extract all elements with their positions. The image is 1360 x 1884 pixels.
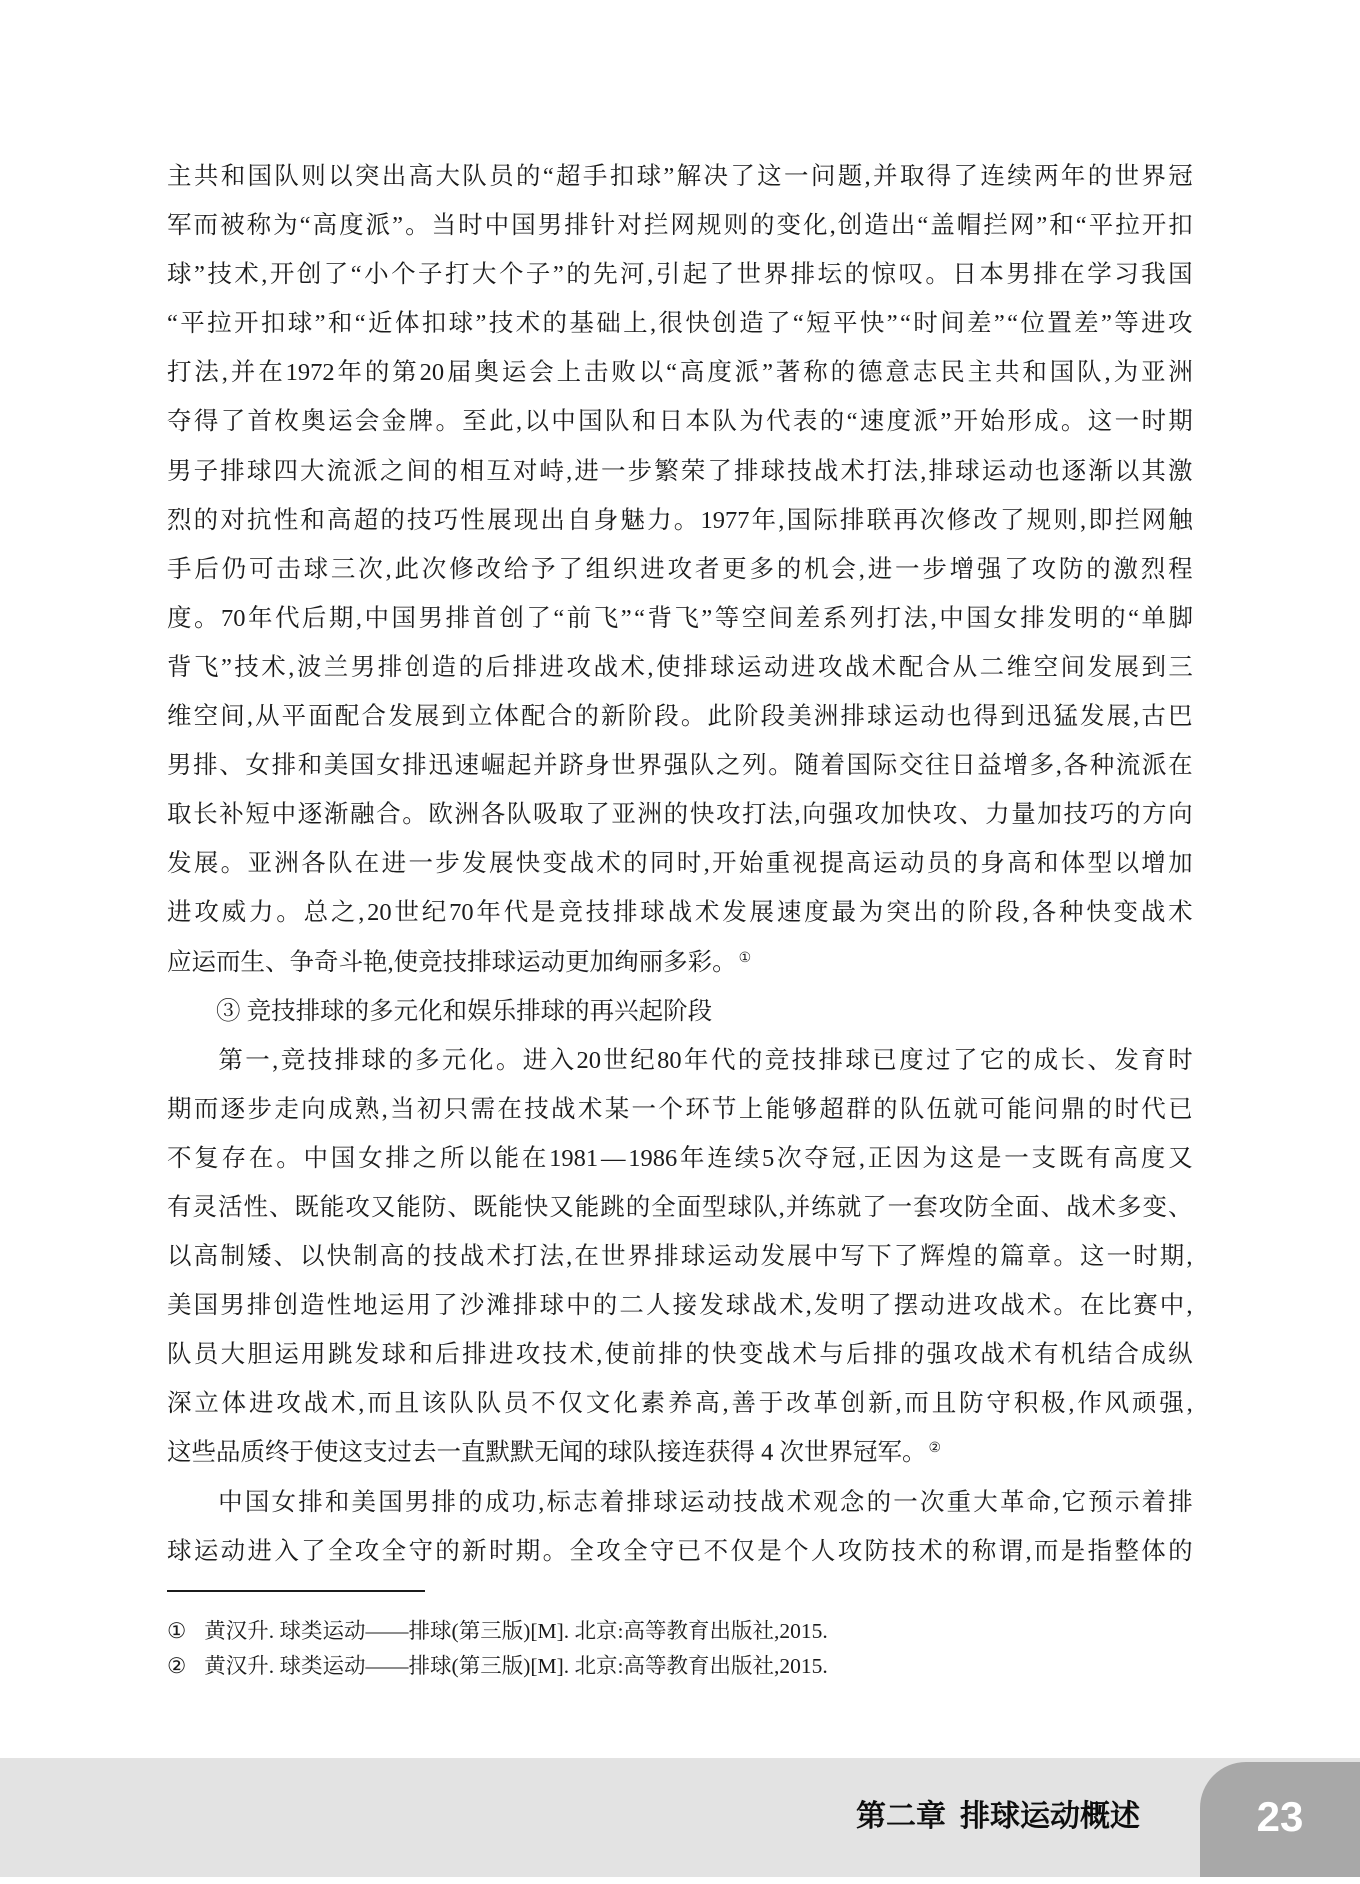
text-line: 手后仍可击球三次,此次修改给予了组织进攻者更多的机会,进一步增强了攻防的激烈程 xyxy=(167,545,1193,594)
text-line: 应运而生、争奇斗艳,使竞技排球运动更加绚丽多彩。① xyxy=(167,938,1193,987)
footnote-item: ①黄汉升. 球类运动——排球(第三版)[M]. 北京:高等教育出版社,2015. xyxy=(167,1614,1197,1649)
text-line: 深立体进攻战术,而且该队队员不仅文化素养高,善于改革创新,而且防守积极,作风顽强… xyxy=(167,1379,1193,1428)
body-text-column: 主共和国队则以突出高大队员的“超手扣球”解决了这一问题,并取得了连续两年的世界冠… xyxy=(167,152,1193,1576)
chapter-label: 第二章 xyxy=(856,1791,946,1835)
running-footer: 第二章 排球运动概述 xyxy=(856,1796,1140,1830)
footnote-text: 黄汉升. 球类运动——排球(第三版)[M]. 北京:高等教育出版社,2015. xyxy=(204,1654,827,1678)
text-line: 进攻威力。总之,20世纪70年代是竞技排球战术发展速度最为突出的阶段,各种快变战… xyxy=(167,888,1193,937)
text-line: 发展。亚洲各队在进一步发展快变战术的同时,开始重视提高运动员的身高和体型以增加 xyxy=(167,839,1193,888)
text-line: 男子排球四大流派之间的相互对峙,进一步繁荣了排球技战术打法,排球运动也逐渐以其激 xyxy=(167,447,1193,496)
footnote-item: ②黄汉升. 球类运动——排球(第三版)[M]. 北京:高等教育出版社,2015. xyxy=(167,1649,1197,1684)
text-line: 这些品质终于使这支过去一直默默无闻的球队接连获得 4 次世界冠军。② xyxy=(167,1428,1193,1477)
text-line: 维空间,从平面配合发展到立体配合的新阶段。此阶段美洲排球运动也得到迅猛发展,古巴 xyxy=(167,692,1193,741)
text-line: ③ 竞技排球的多元化和娱乐排球的再兴起阶段 xyxy=(167,987,1193,1036)
text-line: “平拉开扣球”和“近体扣球”技术的基础上,很快创造了“短平快”“时间差”“位置差… xyxy=(167,299,1193,348)
text-line: 队员大胆运用跳发球和后排进攻技术,使前排的快变战术与后排的强攻战术有机结合成纵 xyxy=(167,1330,1193,1379)
footnote-list: ①黄汉升. 球类运动——排球(第三版)[M]. 北京:高等教育出版社,2015.… xyxy=(167,1614,1197,1684)
text-line: 度。70年代后期,中国男排首创了“前飞”“背飞”等空间差系列打法,中国女排发明的… xyxy=(167,594,1193,643)
text-line: 美国男排创造性地运用了沙滩排球中的二人接发球战术,发明了摆动进攻战术。在比赛中, xyxy=(167,1281,1193,1330)
text-line: 夺得了首枚奥运会金牌。至此,以中国队和日本队为代表的“速度派”开始形成。这一时期 xyxy=(167,397,1193,446)
text-line: 以高制矮、以快制高的技战术打法,在世界排球运动发展中写下了辉煌的篇章。这一时期, xyxy=(167,1232,1193,1281)
text-line: 不复存在。中国女排之所以能在1981—1986年连续5次夺冠,正因为这是一支既有… xyxy=(167,1134,1193,1183)
chapter-title: 排球运动概述 xyxy=(960,1791,1140,1835)
text-line: 第一,竞技排球的多元化。进入20世纪80年代的竞技排球已度过了它的成长、发育时 xyxy=(167,1036,1193,1085)
footnote-marker: ② xyxy=(167,1654,186,1678)
footnote-marker: ① xyxy=(167,1619,186,1643)
page-number: 23 xyxy=(1257,1793,1304,1841)
footnote-divider xyxy=(167,1590,425,1592)
text-line: 期而逐步走向成熟,当初只需在技战术某一个环节上能够超群的队伍就可能问鼎的时代已 xyxy=(167,1085,1193,1134)
footnote-reference-mark: ① xyxy=(739,951,752,966)
text-line: 中国女排和美国男排的成功,标志着排球运动技战术观念的一次重大革命,它预示着排 xyxy=(167,1478,1193,1527)
page-number-tab: 23 xyxy=(1200,1762,1360,1877)
text-line: 主共和国队则以突出高大队员的“超手扣球”解决了这一问题,并取得了连续两年的世界冠 xyxy=(167,152,1193,201)
footnote-text: 黄汉升. 球类运动——排球(第三版)[M]. 北京:高等教育出版社,2015. xyxy=(204,1619,827,1643)
text-line: 烈的对抗性和高超的技巧性展现出自身魅力。1977年,国际排联再次修改了规则,即拦… xyxy=(167,496,1193,545)
book-page: { "document": { "body": { "lines": [ {"t… xyxy=(0,0,1360,1884)
text-line: 有灵活性、既能攻又能防、既能快又能跳的全面型球队,并练就了一套攻防全面、战术多变… xyxy=(167,1183,1193,1232)
footnote-section: ①黄汉升. 球类运动——排球(第三版)[M]. 北京:高等教育出版社,2015.… xyxy=(167,1590,1197,1684)
text-line: 背飞”技术,波兰男排创造的后排进攻战术,使排球运动进攻战术配合从二维空间发展到三 xyxy=(167,643,1193,692)
text-line: 男排、女排和美国女排迅速崛起并跻身世界强队之列。随着国际交往日益增多,各种流派在 xyxy=(167,741,1193,790)
text-line: 打法,并在1972年的第20届奥运会上击败以“高度派”著称的德意志民主共和国队,… xyxy=(167,348,1193,397)
text-line: 军而被称为“高度派”。当时中国男排针对拦网规则的变化,创造出“盖帽拦网”和“平拉… xyxy=(167,201,1193,250)
text-line: 球运动进入了全攻全守的新时期。全攻全守已不仅是个人攻防技术的称谓,而是指整体的 xyxy=(167,1527,1193,1576)
text-line: 球”技术,开创了“小个子打大个子”的先河,引起了世界排坛的惊叹。日本男排在学习我… xyxy=(167,250,1193,299)
footer-band xyxy=(0,1758,1360,1877)
footnote-reference-mark: ② xyxy=(929,1441,942,1456)
text-line: 取长补短中逐渐融合。欧洲各队吸取了亚洲的快攻打法,向强攻加快攻、力量加技巧的方向 xyxy=(167,790,1193,839)
